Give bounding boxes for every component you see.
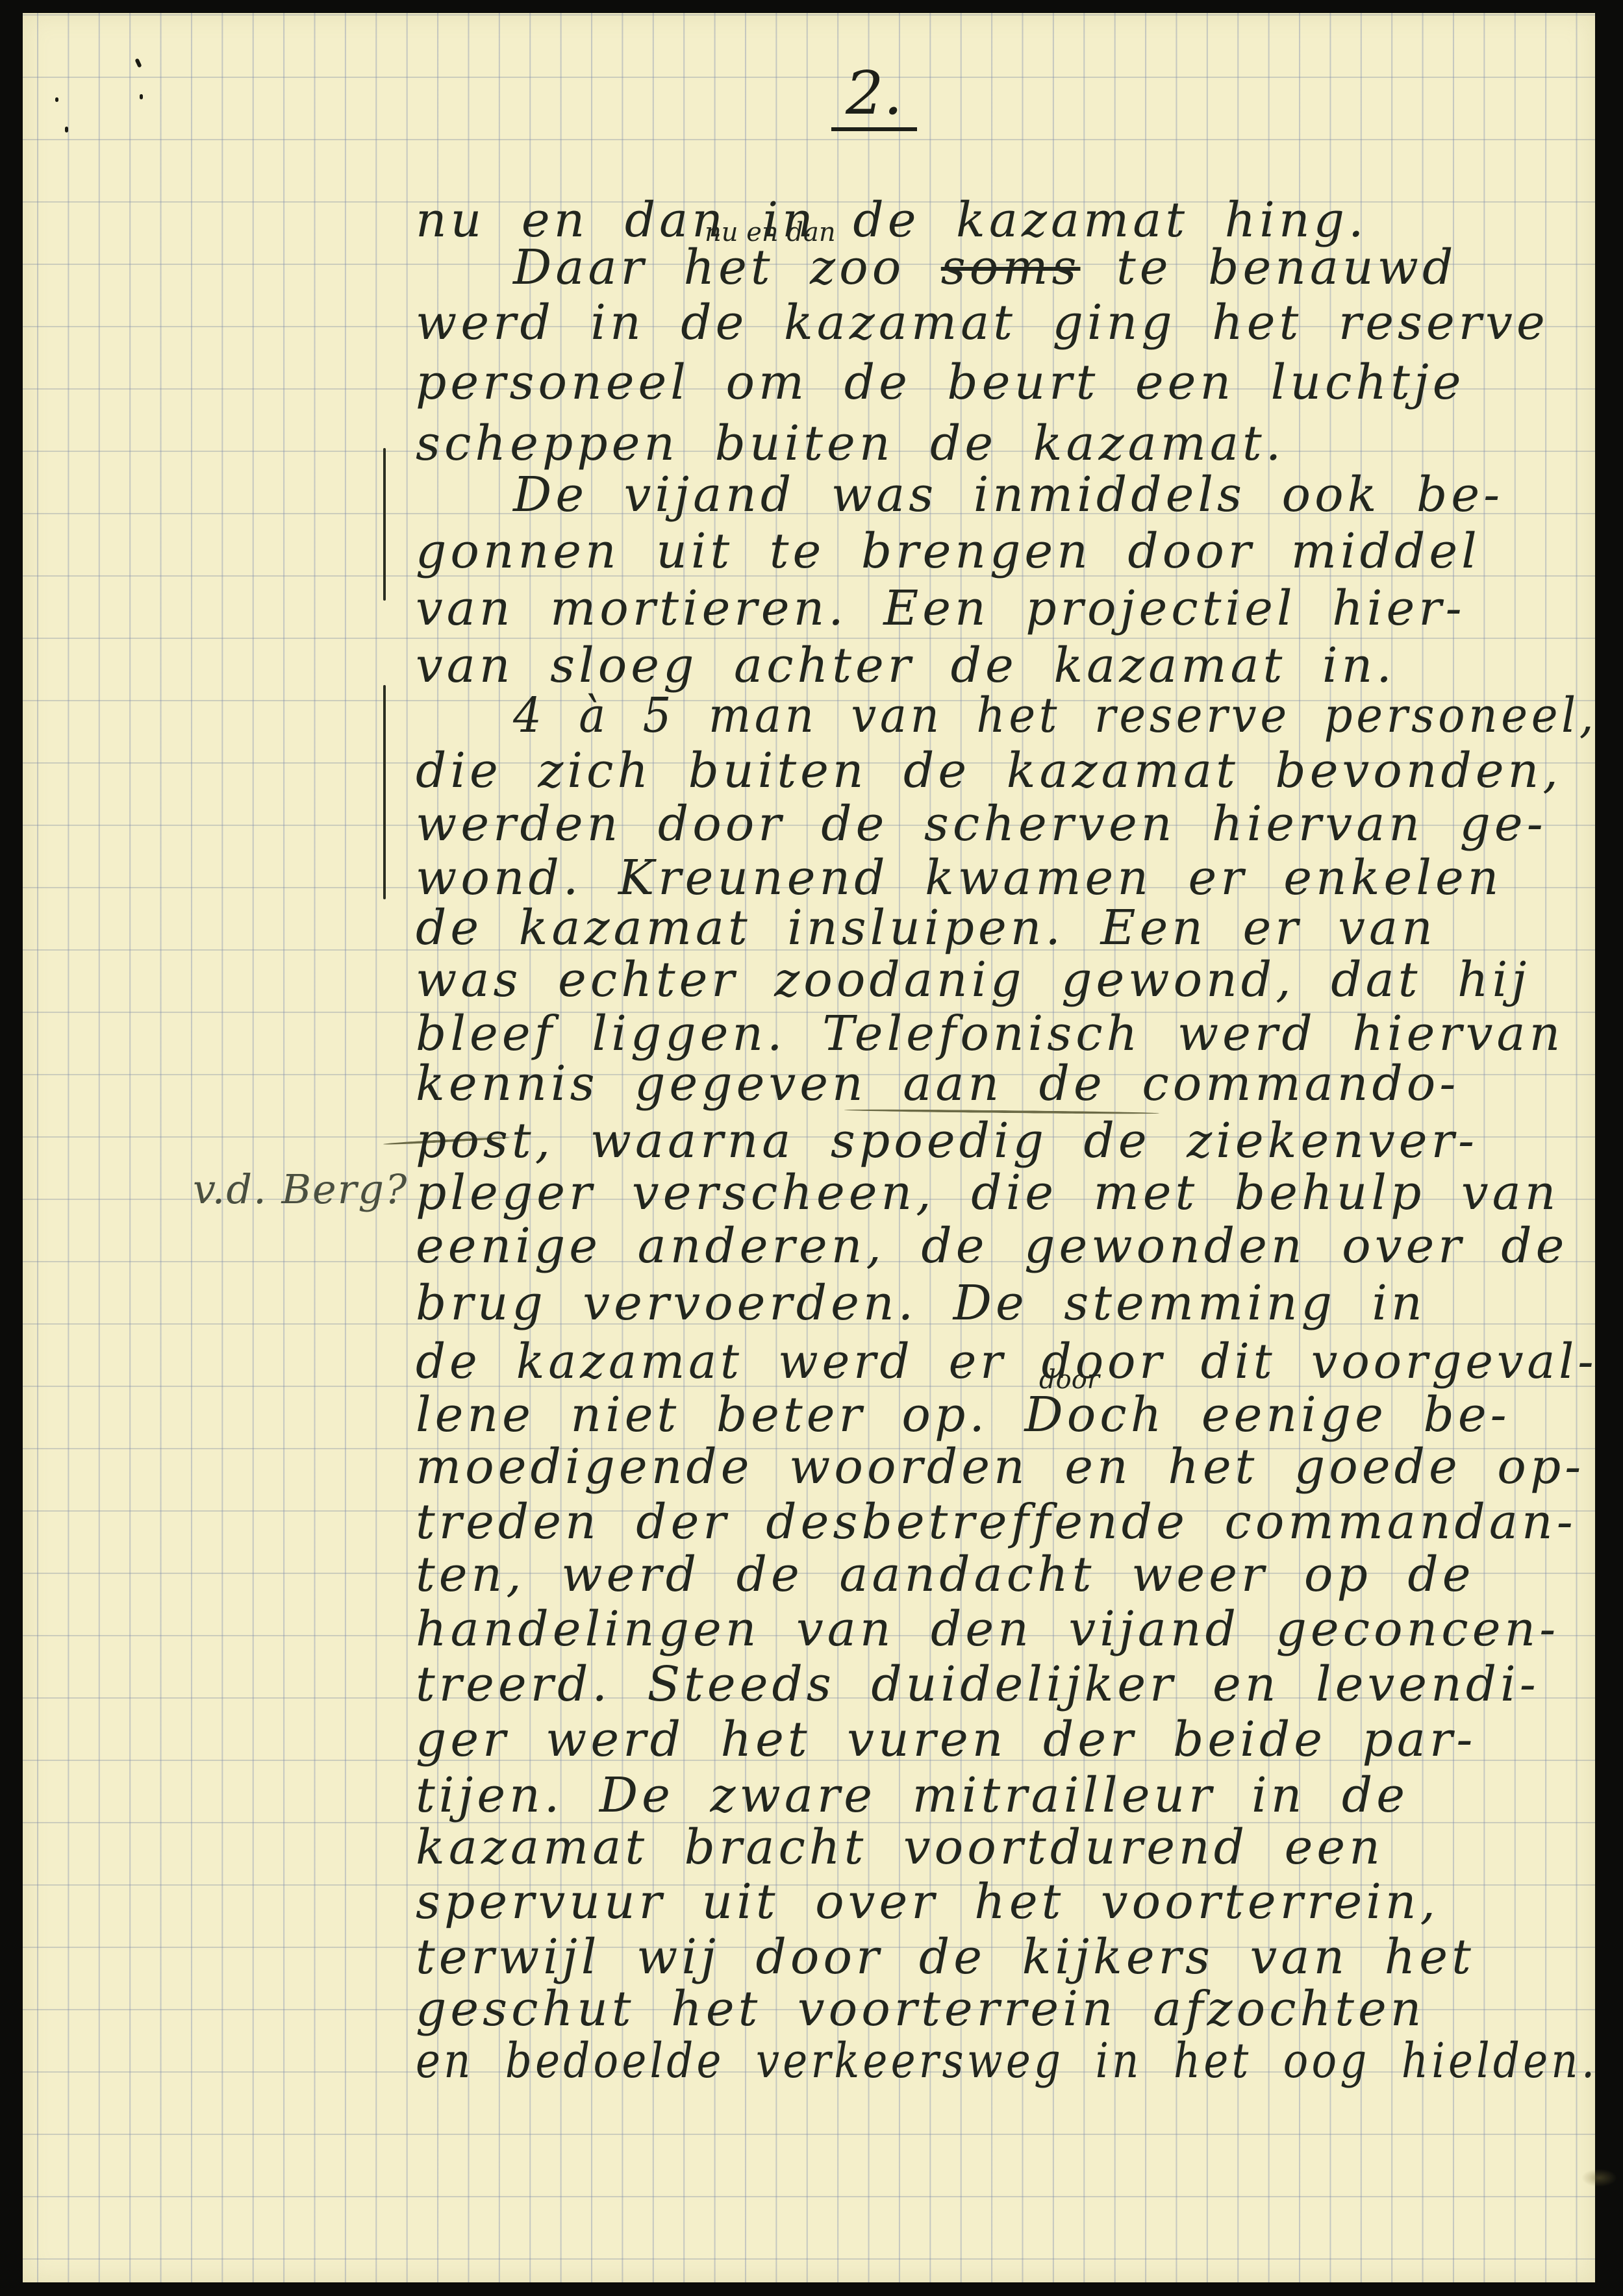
text-fragment: Daar het zoo: [513, 240, 905, 295]
text-line: kennis gegeven aan de commando-: [416, 1060, 1459, 1108]
text-line: tijen. De zware mitrailleur in de: [416, 1771, 1409, 1819]
text-line: handelingen van den vijand geconcen-: [416, 1605, 1559, 1653]
text-line: de kazamat werd er door dit voorgeval-: [416, 1338, 1597, 1386]
superscript-insertion: nu en dan: [705, 219, 836, 245]
margin-annotation: v.d. Berg?: [193, 1166, 408, 1213]
manuscript-page: 2. v.d. Berg? nu en dan in de kazamat hi…: [23, 13, 1595, 2282]
ink-speck: [65, 127, 68, 132]
ink-speck: [140, 94, 143, 99]
text-fragment: eenige be-: [1202, 1387, 1511, 1443]
text-line: van sloeg achter de kazamat in.: [416, 642, 1396, 690]
text-fragment: te benauwd: [1116, 240, 1457, 295]
text-line: lene niet beter op. Doch eenige be-: [416, 1391, 1511, 1439]
text-line: post, waarna spoedig de ziekenver-: [416, 1117, 1478, 1165]
page-number: 2.: [831, 64, 917, 131]
text-line: moedigende woorden en het goede op-: [416, 1443, 1585, 1491]
text-line: De vijand was inmiddels ook be-: [513, 471, 1503, 519]
text-line: ten, werd de aandacht weer op de: [416, 1551, 1475, 1599]
text-line: gonnen uit te brengen door middel: [416, 527, 1481, 575]
text-line: nu en dan in de kazamat hing.: [416, 196, 1368, 244]
text-line: 4 à 5 man van het reserve personeel,: [513, 692, 1597, 740]
margin-bracket-2: [383, 685, 386, 899]
superscript-insertion: door: [1039, 1367, 1100, 1393]
text-line: werd in de kazamat ging het reserve: [416, 299, 1549, 347]
text-line: brug vervoerden. De stemming in: [416, 1279, 1426, 1327]
text-line: pleger verscheen, die met behulp van: [416, 1169, 1559, 1217]
text-fragment: lene niet beter op. Doch: [416, 1387, 1165, 1443]
paper-stain: [1581, 2169, 1617, 2187]
text-line: die zich buiten de kazamat bevonden,: [416, 747, 1562, 795]
text-line: wond. Kreunend kwamen er enkelen: [416, 854, 1502, 902]
text-line: terwijl wij door de kijkers van het: [416, 1933, 1475, 1981]
text-line: spervuur uit over het voorterrein,: [416, 1878, 1439, 1926]
text-line: kazamat bracht voortdurend een: [416, 1823, 1384, 1871]
text-line: eenige anderen, de gewonden over de: [416, 1222, 1568, 1270]
ink-speck: [55, 97, 58, 102]
text-line: geschut het voorterrein afzochten: [416, 1985, 1425, 2033]
text-line: de kazamat insluipen. Een er van: [416, 904, 1437, 952]
text-line: treden der desbetreffende commandan-: [416, 1498, 1577, 1546]
text-line: bleef liggen. Telefonisch werd hiervan: [416, 1010, 1564, 1058]
text-line: ger werd het vuren der beide par-: [416, 1716, 1476, 1764]
text-line: werden door de scherven hiervan ge-: [416, 800, 1547, 848]
text-line: van mortieren. Een projectiel hier-: [416, 584, 1466, 632]
struck-word: soms: [941, 240, 1081, 295]
text-line: Daar het zoo soms te benauwd: [513, 243, 1457, 292]
margin-bracket-1: [383, 448, 386, 601]
ink-speck: [134, 58, 142, 68]
text-line: was echter zoodanig gewond, dat hij: [416, 956, 1530, 1004]
text-line: scheppen buiten de kazamat.: [416, 419, 1285, 468]
text-line: en bedoelde verkeersweg in het oog hield…: [416, 2037, 1598, 2085]
text-line: personeel om de beurt een luchtje: [416, 358, 1465, 406]
text-line: treerd. Steeds duidelijker en levendi-: [416, 1660, 1540, 1708]
